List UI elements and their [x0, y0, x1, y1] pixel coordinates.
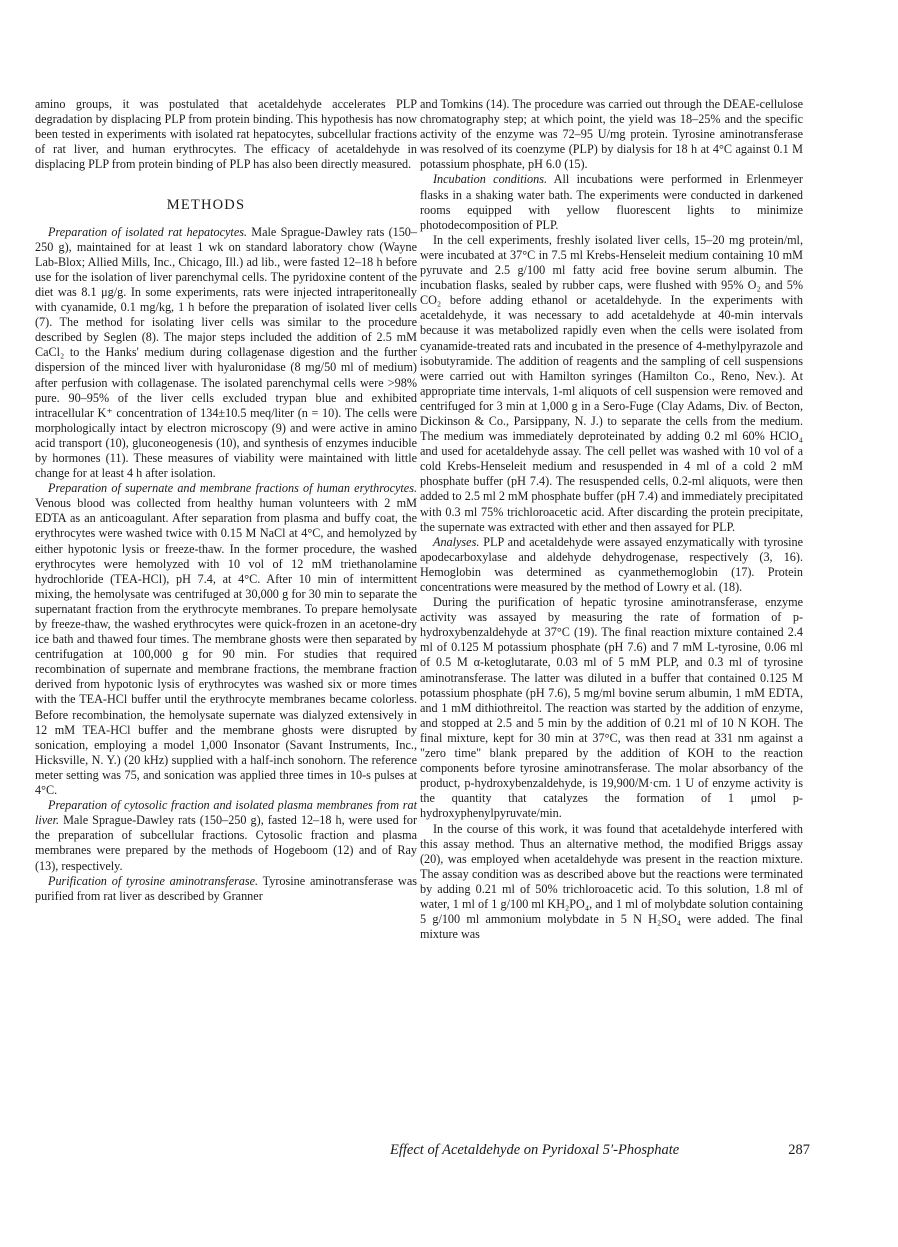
paragraph-text: Venous blood was collected from healthy … — [35, 496, 417, 797]
paragraph-briggs-assay: In the course of this work, it was found… — [420, 822, 803, 943]
paragraph-text: Male Sprague-Dawley rats (150–250 g), fa… — [35, 813, 417, 872]
runin-heading: Purification of tyrosine aminotransferas… — [48, 874, 258, 888]
paragraph-hepatocytes: Preparation of isolated rat hepatocytes.… — [35, 225, 417, 482]
runin-heading: Preparation of supernate and membrane fr… — [48, 481, 417, 495]
paragraph-incubation: Incubation conditions. All incubations w… — [420, 172, 803, 232]
left-column: amino groups, it was postulated that ace… — [35, 97, 417, 904]
paragraph-text: During the purification of hepatic tyros… — [420, 595, 803, 820]
runin-heading: Analyses. — [433, 535, 479, 549]
paragraph-purification-cont: and Tomkins (14). The procedure was carr… — [420, 97, 803, 172]
paragraph-analyses: Analyses. PLP and acetaldehyde were assa… — [420, 535, 803, 595]
paragraph-text: In the course of this work, it was found… — [420, 822, 803, 942]
paragraph-text: In the cell experiments, freshly isolate… — [420, 233, 803, 534]
paragraph-text: Male Sprague-Dawley rats (150–250 g), ma… — [35, 225, 417, 481]
paragraph-enzyme-assay: During the purification of hepatic tyros… — [420, 595, 803, 821]
paragraph-cell-experiments: In the cell experiments, freshly isolate… — [420, 233, 803, 535]
paragraph-erythrocytes: Preparation of supernate and membrane fr… — [35, 481, 417, 798]
paragraph-text: and Tomkins (14). The procedure was carr… — [420, 97, 803, 171]
section-heading-methods: METHODS — [35, 198, 417, 213]
runin-heading: Incubation conditions. — [433, 172, 547, 186]
runin-heading: Preparation of isolated rat hepatocytes. — [48, 225, 247, 239]
page-footer: Effect of Acetaldehyde on Pyridoxal 5′-P… — [390, 1142, 810, 1159]
paragraph-purification: Purification of tyrosine aminotransferas… — [35, 874, 417, 904]
right-column: and Tomkins (14). The procedure was carr… — [420, 97, 803, 942]
running-title: Effect of Acetaldehyde on Pyridoxal 5′-P… — [390, 1142, 679, 1159]
page-number: 287 — [788, 1142, 810, 1159]
intro-paragraph: amino groups, it was postulated that ace… — [35, 97, 417, 172]
paragraph-cytosolic: Preparation of cytosolic fraction and is… — [35, 798, 417, 873]
